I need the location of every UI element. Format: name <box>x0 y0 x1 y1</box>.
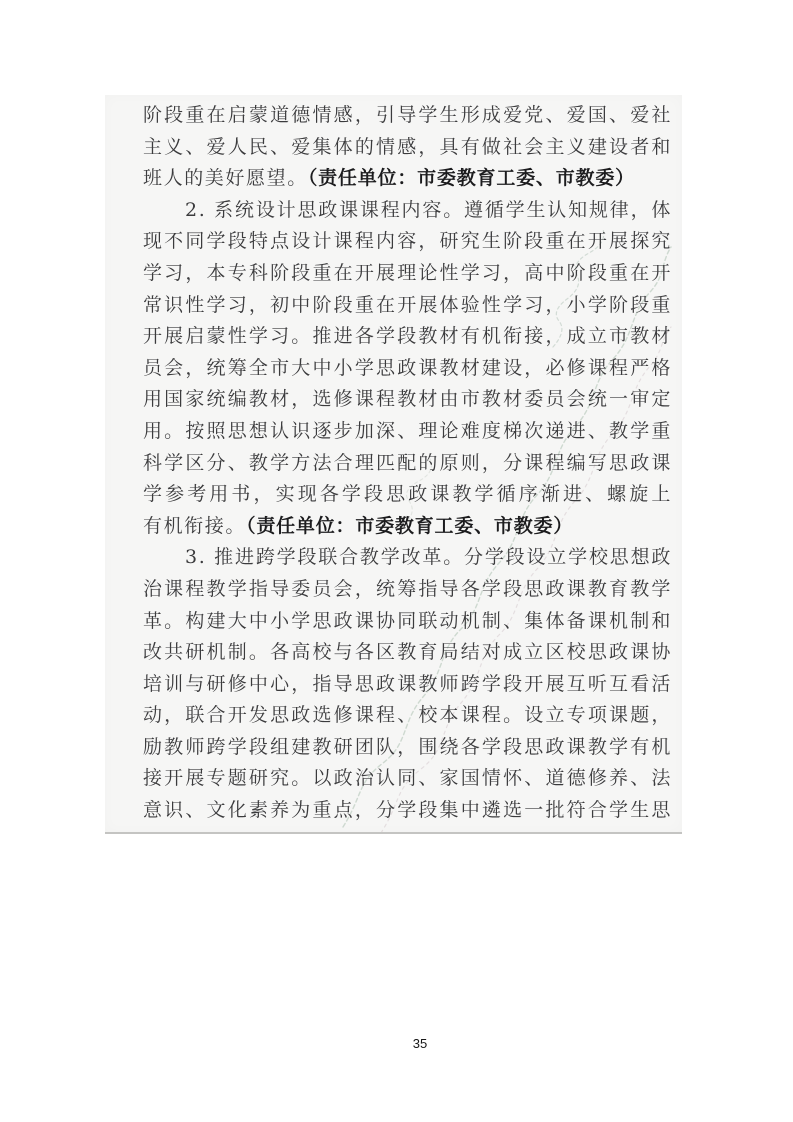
text-line: 励教师跨学段组建教研团队，围绕各学段思政课教学有机衔 <box>143 732 672 764</box>
text-line: 班人的美好愿望。（责任单位：市委教育工委、市教委） <box>143 163 672 195</box>
text-line: 接开展专题研究。以政治认同、家国情怀、道德修养、法治 <box>143 763 672 795</box>
text-line: 改共研机制。各高校与各区教育局结对成立区校思政课协同 <box>143 637 672 669</box>
responsibility-unit-bold: （责任单位：市委教育工委、市教委） <box>246 516 573 537</box>
text-line: 用。按照思想认识逐步加深、理论难度梯次递进、教学重点 <box>143 416 672 448</box>
scanned-document-page: 阶段重在启蒙道德情感，引导学生形成爱党、爱国、爱社会 主义、爱人民、爱集体的情感… <box>105 95 682 834</box>
text-line: 治课程教学指导委员会，统筹指导各学段思政课教育教学改 <box>143 574 672 606</box>
text-line: 革。构建大中小学思政课协同联动机制、集体备课机制和教 <box>143 606 672 638</box>
text-line-paragraph-2-start: 2. 系统设计思政课课程内容。遵循学生认知规律，体 <box>143 195 672 227</box>
text-line: 学参考用书，实现各学段思政课教学循序渐进、螺旋上升、 <box>143 479 672 511</box>
text-line: 有机衔接。（责任单位：市委教育工委、市教委） <box>143 511 672 543</box>
text-line: 开展启蒙性学习。推进各学段教材有机衔接，成立市教材委 <box>143 321 672 353</box>
responsibility-unit-bold: （责任单位：市委教育工委、市教委） <box>308 168 635 189</box>
document-text: 阶段重在启蒙道德情感，引导学生形成爱党、爱国、爱社会 主义、爱人民、爱集体的情感… <box>143 100 672 827</box>
page-number: 35 <box>413 1036 427 1051</box>
text-line: 意识、文化素养为重点，分学段集中遴选一批符合学生思想 <box>143 795 672 827</box>
text-line: 主义、爱人民、爱集体的情感，具有做社会主义建设者和接 <box>143 132 672 164</box>
text-line: 阶段重在启蒙道德情感，引导学生形成爱党、爱国、爱社会 <box>143 100 672 132</box>
text-line-paragraph-3-start: 3. 推进跨学段联合教学改革。分学段设立学校思想政 <box>143 542 672 574</box>
page: { "page": { "number": "35" }, "colors": … <box>0 0 793 1122</box>
text-line: 员会，统筹全市大中小学思政课教材建设，必修课程严格使 <box>143 353 672 385</box>
text-line: 现不同学段特点设计课程内容，研究生阶段重在开展探究性 <box>143 226 672 258</box>
text-line: 用国家统编教材，选修课程教材由市教材委员会统一审定使 <box>143 384 672 416</box>
text-line: 动，联合开发思政选修课程、校本课程。设立专项课题，鼓 <box>143 700 672 732</box>
text-line: 培训与研修中心，指导思政课教师跨学段开展互听互看活 <box>143 669 672 701</box>
text-line: 科学区分、教学方法合理匹配的原则，分课程编写思政课教 <box>143 448 672 480</box>
text-line: 学习，本专科阶段重在开展理论性学习，高中阶段重在开展 <box>143 258 672 290</box>
text-line: 常识性学习，初中阶段重在开展体验性学习，小学阶段重在 <box>143 290 672 322</box>
